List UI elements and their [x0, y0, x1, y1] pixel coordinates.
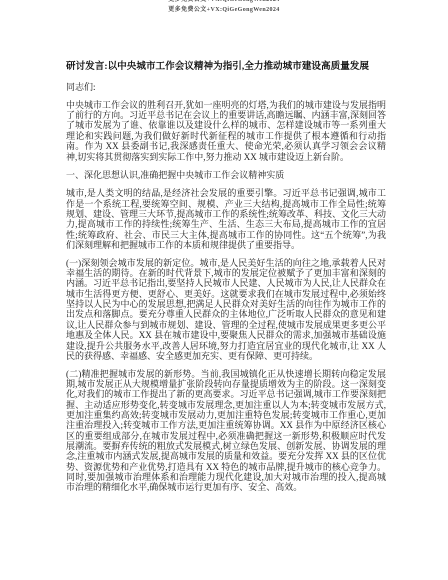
document-body: 研讨发言:以中央城市工作会议精神为指引,全力推动城市建设高质量发展 同志们: 中… — [66, 60, 386, 493]
watermark: 更多免费公文+VX:QiGeGongWen2024 更多免费公文+VX:QiGe… — [0, 0, 448, 15]
section-1-paragraph-3: (二)精准把握城市发展的新形势。当前,我国城镇化正从快速增长期转向稳定发展期,城… — [66, 369, 386, 493]
paragraph-intro: 中央城市工作会议的胜利召开,犹如一座明亮的灯塔,为我们的城市建设与发展指明了前行… — [66, 100, 386, 162]
section-1-heading: 一、深化思想认识,准确把握中央城市工作会议精神实质 — [66, 170, 386, 180]
document-title: 研讨发言:以中央城市工作会议精神为指引,全力推动城市建设高质量发展 — [66, 60, 386, 73]
section-1-paragraph-1: 城市,是人类文明的结晶,是经济社会发展的重要引擎。习近平总书记强调,城市工作是一… — [66, 188, 386, 250]
watermark-line-2: 更多免费公文+VX:QiGeGongWen2024 — [0, 6, 448, 16]
section-1-paragraph-2: (一)深刻领会城市发展的新定位。城市,是人民美好生活的向往之地,承载着人民对幸福… — [66, 258, 386, 361]
salutation: 同志们: — [66, 82, 386, 92]
